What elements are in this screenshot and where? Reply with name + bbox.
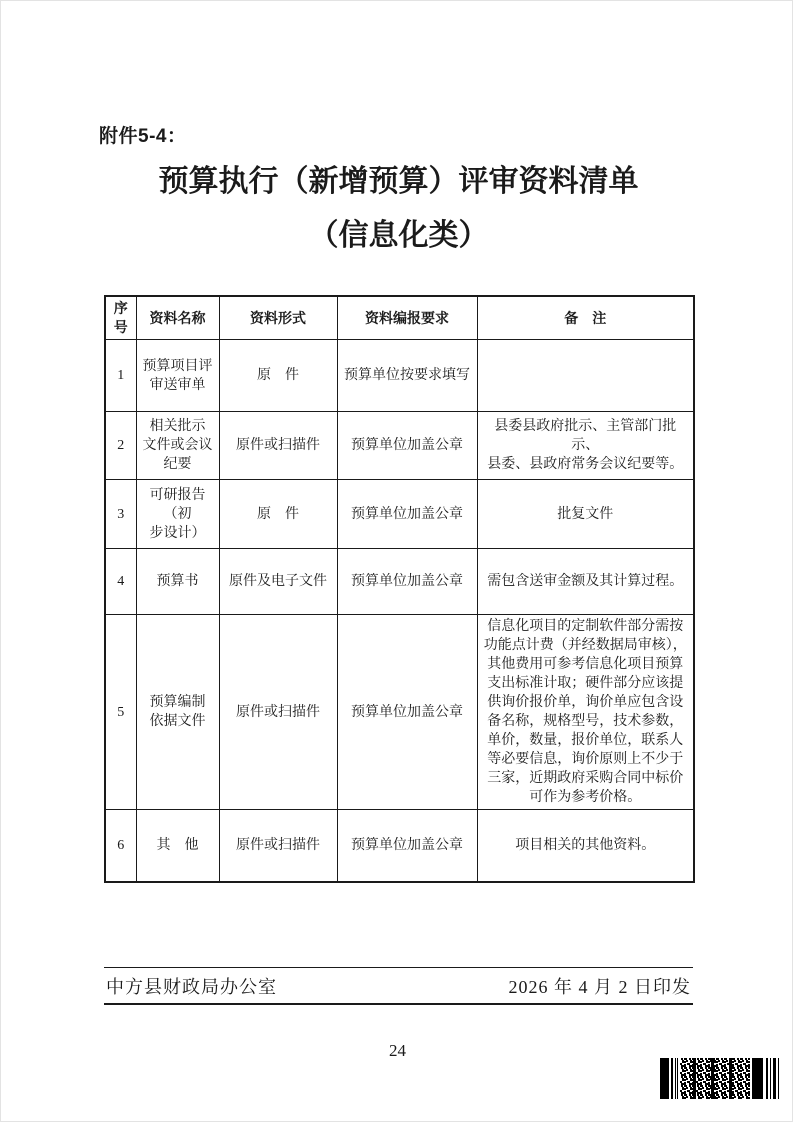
row-remark: 需包含送审金额及其计算过程。	[477, 549, 694, 615]
footer-print-date: 2026 年 4 月 2 日印发	[509, 975, 692, 999]
row-seq: 6	[105, 810, 136, 882]
row-name: 可研报告（初 步设计）	[136, 480, 219, 549]
row-seq: 4	[105, 549, 136, 615]
row-requirement: 预算单位加盖公章	[337, 615, 477, 810]
row-form: 原 件	[219, 340, 337, 412]
header-form: 资料形式	[219, 296, 337, 340]
row-form: 原件或扫描件	[219, 810, 337, 882]
row-name: 预算项目评 审送审单	[136, 340, 219, 412]
document-subtitle: （信息化类）	[104, 218, 693, 254]
document-title: 预算执行（新增预算）评审资料清单	[104, 164, 693, 200]
row-name: 预算书	[136, 549, 219, 615]
row-remark: 批复文件	[477, 480, 694, 549]
row-seq: 1	[105, 340, 136, 412]
attachment-label: 附件5-4：	[99, 126, 186, 148]
row-form: 原件及电子文件	[219, 549, 337, 615]
row-name: 预算编制 依据文件	[136, 615, 219, 810]
table-row: 4 预算书 原件及电子文件 预算单位加盖公章 需包含送审金额及其计算过程。	[105, 549, 694, 615]
row-form: 原件或扫描件	[219, 615, 337, 810]
header-requirement: 资料编报要求	[337, 296, 477, 340]
table-row: 3 可研报告（初 步设计） 原 件 预算单位加盖公章 批复文件	[105, 480, 694, 549]
footer-divider-bottom	[104, 1003, 693, 1005]
row-requirement: 预算单位加盖公章	[337, 412, 477, 480]
header-seq: 序号	[105, 296, 136, 340]
row-name: 其 他	[136, 810, 219, 882]
table-row: 5 预算编制 依据文件 原件或扫描件 预算单位加盖公章 信息化项目的定制软件部分…	[105, 615, 694, 810]
row-remark: 信息化项目的定制软件部分需按功能点计费（并经数据局审核），其他费用可参考信息化项…	[477, 615, 694, 810]
row-requirement: 预算单位加盖公章	[337, 480, 477, 549]
row-requirement: 预算单位加盖公章	[337, 810, 477, 882]
row-requirement: 预算单位加盖公章	[337, 549, 477, 615]
row-requirement: 预算单位按要求填写	[337, 340, 477, 412]
table-header-row: 序号 资料名称 资料形式 资料编报要求 备 注	[105, 296, 694, 340]
table-row: 2 相关批示 文件或会议 纪要 原件或扫描件 预算单位加盖公章 县委县政府批示、…	[105, 412, 694, 480]
row-name: 相关批示 文件或会议 纪要	[136, 412, 219, 480]
table-row: 1 预算项目评 审送审单 原 件 预算单位按要求填写	[105, 340, 694, 412]
pdf417-barcode-icon	[660, 1058, 781, 1099]
row-form: 原 件	[219, 480, 337, 549]
header-name: 资料名称	[136, 296, 219, 340]
row-remark: 县委县政府批示、主管部门批示、 县委、县政府常务会议纪要等。	[477, 412, 694, 480]
row-seq: 2	[105, 412, 136, 480]
footer-issuer: 中方县财政局办公室	[106, 975, 277, 999]
row-seq: 3	[105, 480, 136, 549]
header-remark: 备 注	[477, 296, 694, 340]
row-seq: 5	[105, 615, 136, 810]
row-remark	[477, 340, 694, 412]
row-remark: 项目相关的其他资料。	[477, 810, 694, 882]
row-form: 原件或扫描件	[219, 412, 337, 480]
document-page: 附件5-4： 预算执行（新增预算）评审资料清单 （信息化类） 序号 资料名称 资…	[0, 0, 793, 1122]
table-row: 6 其 他 原件或扫描件 预算单位加盖公章 项目相关的其他资料。	[105, 810, 694, 882]
materials-table: 序号 资料名称 资料形式 资料编报要求 备 注 1 预算项目评 审送审单 原 件…	[104, 295, 695, 883]
footer-divider-top	[104, 967, 693, 968]
